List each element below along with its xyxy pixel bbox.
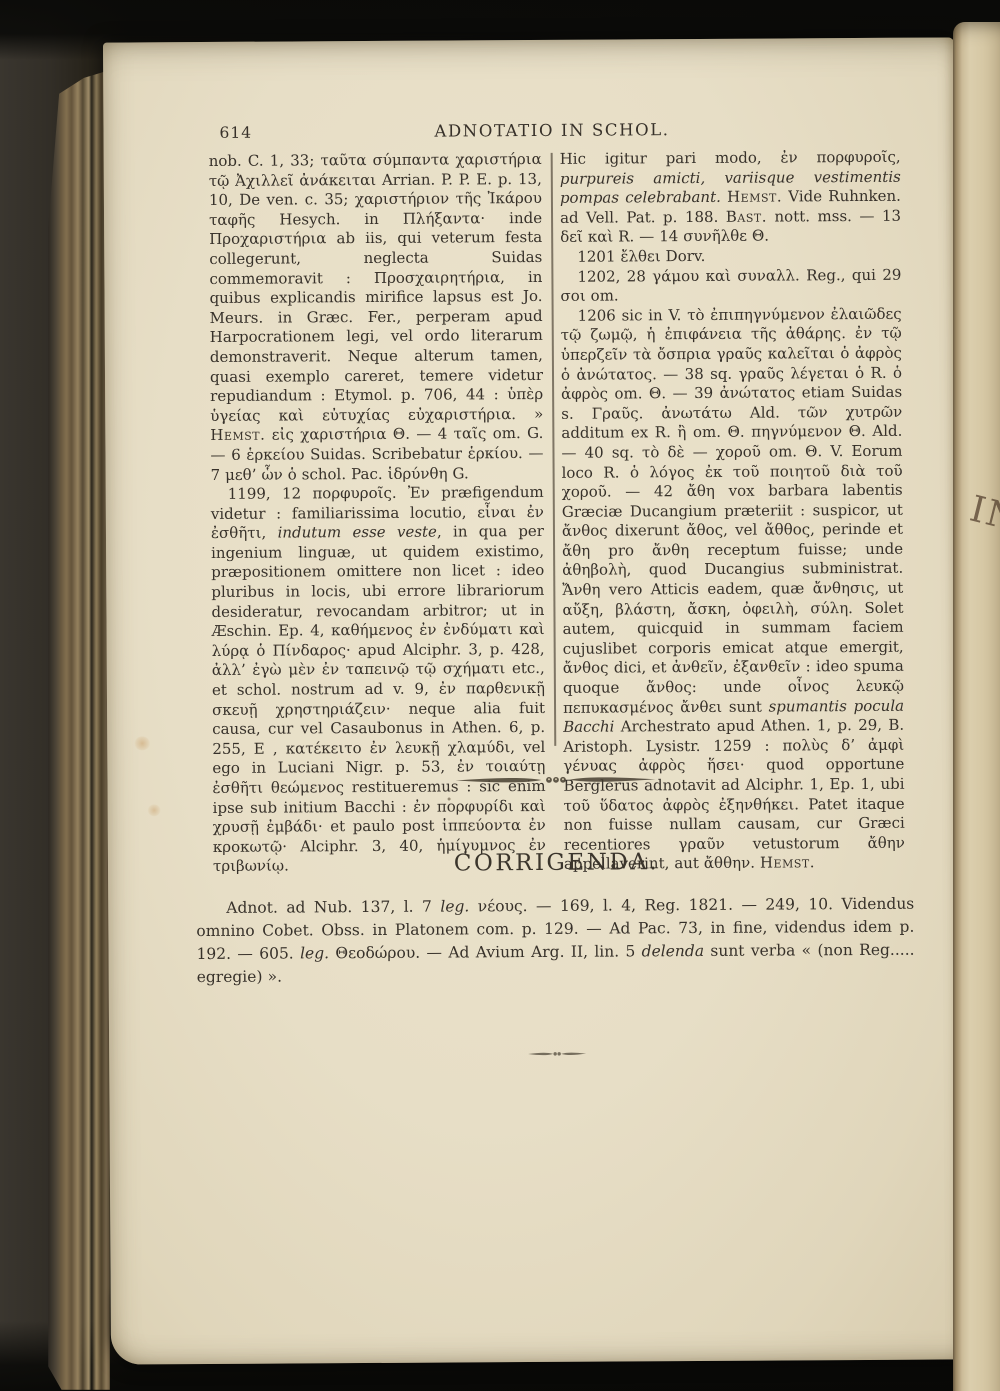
text-segment: delenda <box>642 942 704 960</box>
paragraph: nob. C. 1, 33; ταῦτα σύμπαντα χαριστήρια… <box>209 150 544 485</box>
end-divider-ornament <box>528 1043 586 1062</box>
text-segment: 1206 sic in V. τὸ ἐπιπηγνύμενον ἐλαιῶδες… <box>561 304 904 716</box>
corrigenda-text: Adnot. ad Nub. 137, l. 7 leg. νέους. — 1… <box>196 893 915 989</box>
text-segment: 1202, 28 γάμου καὶ συναλλ. Reg., qui 29 … <box>560 265 901 305</box>
paragraph: 1199, 12 πορφυροῖς. Ἐν præfigendum videt… <box>211 483 546 877</box>
text-segment: Hemst. <box>727 188 782 206</box>
next-page-text: IN <box>966 489 1000 541</box>
paragraph: 1201 ἔλθει Dorv. <box>560 246 901 268</box>
book-scan-photo: { "colors": { "paper": "#e7dec6", "ink":… <box>0 0 1000 1391</box>
next-page-edge: IN <box>953 22 1000 1391</box>
section-divider-ornament <box>455 770 655 790</box>
paragraph: 1202, 28 γάμου καὶ συναλλ. Reg., qui 29 … <box>560 265 901 306</box>
text-segment: leg. <box>300 944 329 962</box>
foxing-spot <box>148 804 161 816</box>
paragraph: Hic igitur pari modo, ἐν πορφυροῖς, purp… <box>560 148 902 248</box>
text-segment: Bast. <box>726 207 767 225</box>
corrigenda-heading: CORRIGENDA. <box>154 847 959 878</box>
running-title: ADNOTATIO IN SCHOL. <box>149 118 954 142</box>
paragraph: Adnot. ad Nub. 137, l. 7 leg. νέους. — 1… <box>196 893 915 989</box>
book-page-edges <box>48 70 110 1390</box>
text-columns: nob. C. 1, 33; ταῦτα σύμπαντα χαριστήρια… <box>209 148 905 877</box>
text-segment: Θεοδώρου. — Ad Avium Arg. II, lin. 5 <box>329 942 642 962</box>
text-segment: nob. C. 1, 33; ταῦτα σύμπαντα χαριστήρια… <box>209 150 544 425</box>
text-segment: Hic igitur pari modo, ἐν πορφυροῖς, <box>560 148 901 168</box>
right-column: Hic igitur pari modo, ἐν πορφυροῖς, purp… <box>560 148 905 875</box>
text-segment: indutum esse veste <box>277 523 436 542</box>
text-segment: Adnot. ad Nub. 137, l. 7 <box>226 898 440 917</box>
text-segment: leg. <box>440 897 469 915</box>
left-column: nob. C. 1, 33; ταῦτα σύμπαντα χαριστήρια… <box>209 150 546 877</box>
text-segment: Hemst. <box>210 426 265 444</box>
book-page: 614 ADNOTATIO IN SCHOL. nob. C. 1, 33; τ… <box>103 37 962 1364</box>
foxing-spot <box>134 736 150 750</box>
text-segment: 1201 ἔλθει Dorv. <box>577 247 705 266</box>
text-segment: , in qua per ingenium linguæ, ut quidem … <box>211 522 546 875</box>
ink-speck <box>448 798 451 801</box>
